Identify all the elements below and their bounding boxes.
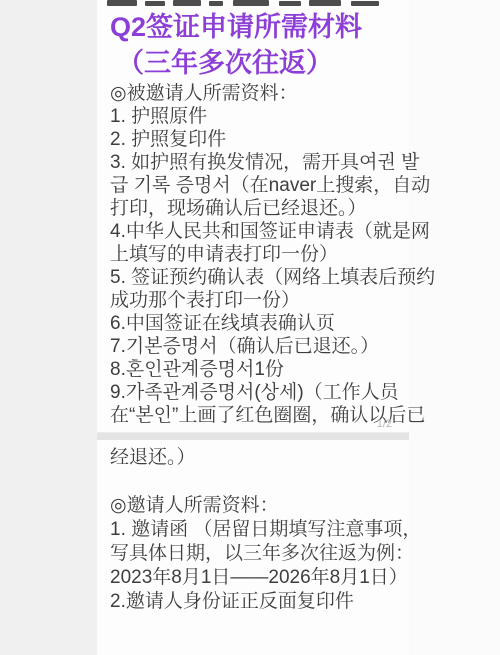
- text-line: 2.邀请人身份证正反面复印件: [110, 590, 421, 614]
- text-line: 6.中国签证在线填表确认页: [110, 312, 435, 335]
- invitee-materials-list: ◎被邀请人所需资料： 1. 护照原件 2. 护照复印件 3. 如护照有换发情况，…: [110, 82, 435, 427]
- text-line: 급 기록 증명서（在naver上搜索，自动: [110, 174, 435, 197]
- text-line: ◎邀请人所需资料：: [110, 494, 421, 518]
- text-line: 成功那个表打印一份）: [110, 289, 435, 312]
- text-line: 5. 签证预约确认表（网络上填表后预约: [110, 266, 435, 289]
- text-line: 8.혼인관계증명서1份: [110, 358, 435, 381]
- text-line: 3. 如护照有换发情况，需开具여권 발: [110, 151, 435, 174]
- page-left-margin: [0, 0, 97, 655]
- image-page-1: Q2签证申请所需材料 （三年多次往返） ◎被邀请人所需资料： 1. 护照原件 2…: [97, 0, 409, 432]
- post-title: Q2签证申请所需材料 （三年多次往返）: [110, 9, 362, 81]
- screenshot-root: { "accent_color": "#8c3ed6", "title": { …: [0, 0, 500, 655]
- text-line: 1. 护照原件: [110, 105, 435, 128]
- text-line: 1. 邀请函 （居留日期填写注意事项，: [110, 518, 421, 542]
- text-line: 写具体日期，以三年多次往返为例：: [110, 542, 421, 566]
- title-line-2: （三年多次往返）: [110, 45, 362, 81]
- text-line: 4.中华人民共和国签证申请表（就是网: [110, 220, 435, 243]
- text-line: 经退还。）: [110, 446, 421, 470]
- text-line: 2. 护照复印件: [110, 128, 435, 151]
- text-line: ◎被邀请人所需资料：: [110, 82, 435, 105]
- text-line: 7.기본증명서（确认后已退还。）: [110, 335, 435, 358]
- text-line: [110, 470, 421, 494]
- cropped-previous-text: [105, 0, 405, 7]
- text-line: 上填写的申请表打印一份）: [110, 243, 435, 266]
- text-line: 2023年8月1日——2026年8月1日）: [110, 566, 421, 590]
- title-line-1: Q2签证申请所需材料: [110, 9, 362, 45]
- post-image-column: Q2签证申请所需材料 （三年多次往返） ◎被邀请人所需资料： 1. 护照原件 2…: [97, 0, 409, 655]
- text-line: 打印，现场确认后已经退还。）: [110, 197, 435, 220]
- image-separator: [97, 432, 409, 440]
- page-indicator: 1/2: [377, 418, 392, 430]
- image-page-2: 经退还。） ◎邀请人所需资料： 1. 邀请函 （居留日期填写注意事项， 写具体日…: [97, 440, 409, 655]
- inviter-materials-list: 经退还。） ◎邀请人所需资料： 1. 邀请函 （居留日期填写注意事项， 写具体日…: [110, 446, 421, 614]
- text-line: 9.가족관계증명서(상세)（工作人员: [110, 381, 435, 404]
